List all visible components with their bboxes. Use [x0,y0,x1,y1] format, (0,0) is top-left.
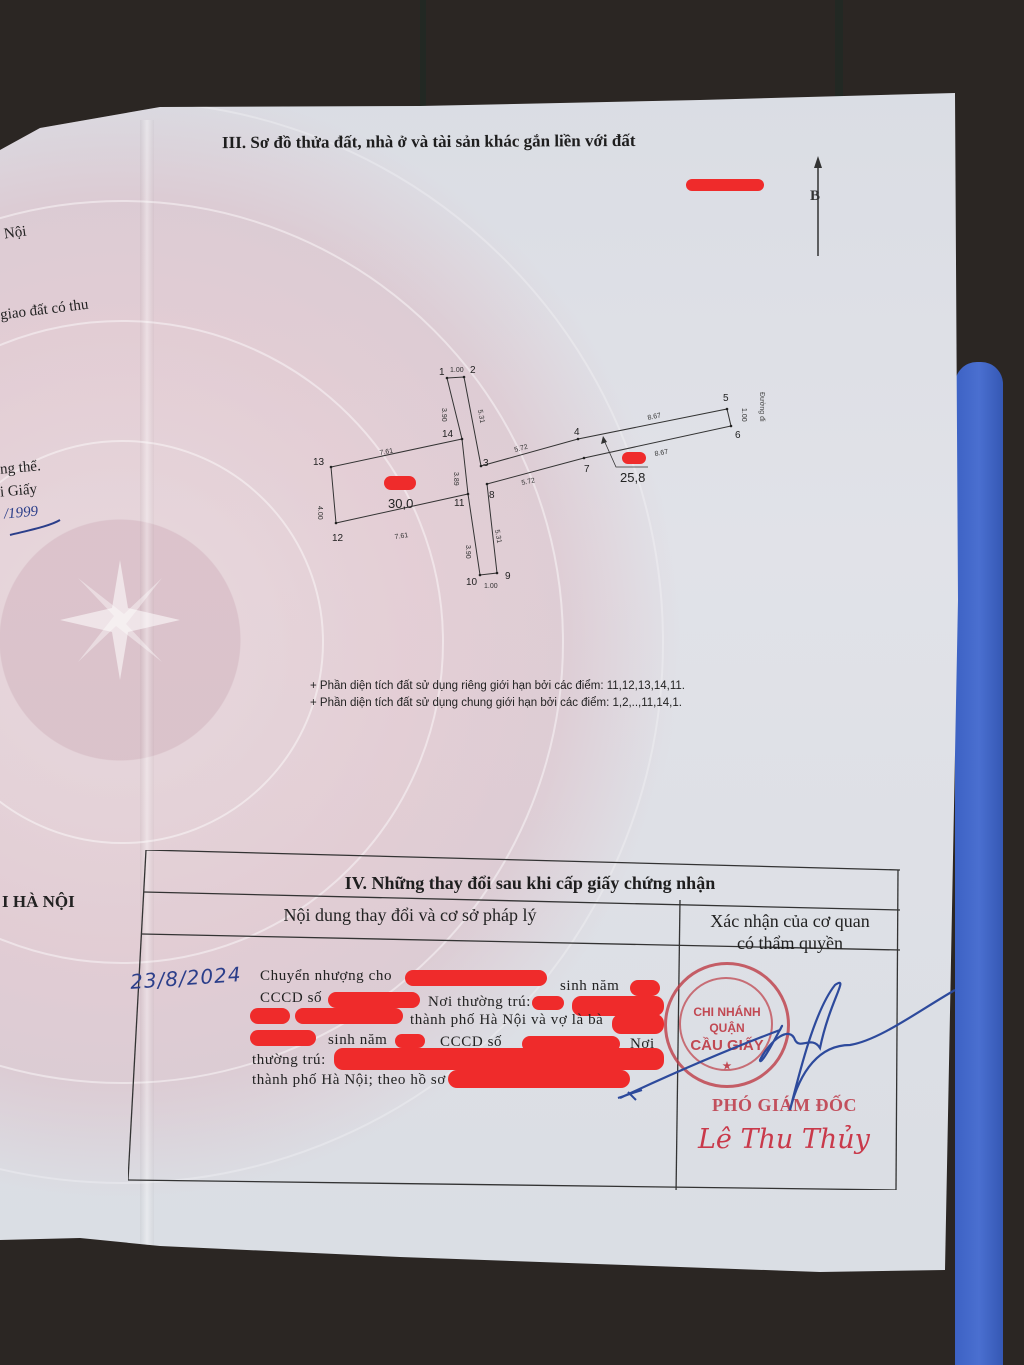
signature [0,0,1024,1365]
certificate-sheet: III. Sơ đồ thửa đất, nhà ở và tài sản kh… [0,0,1024,1365]
